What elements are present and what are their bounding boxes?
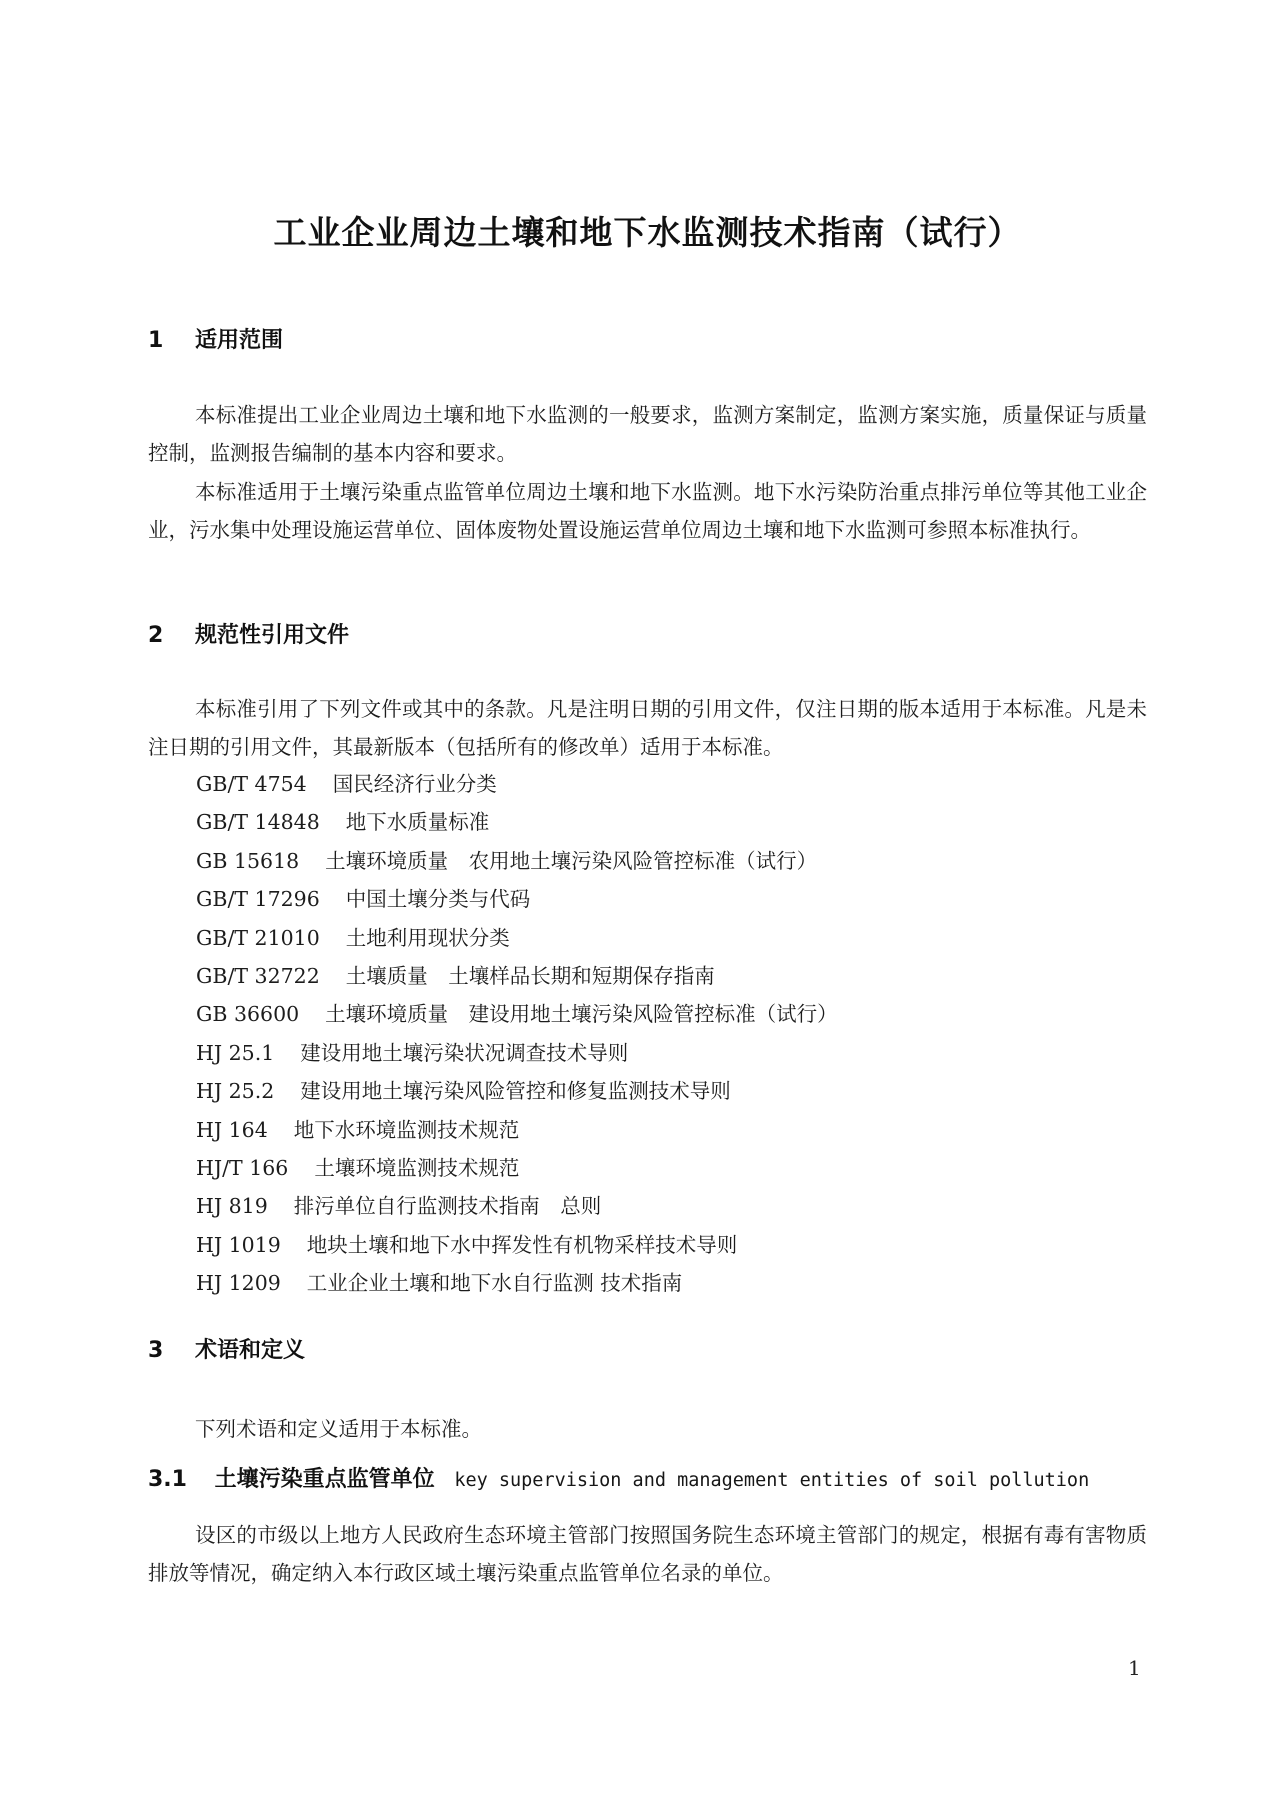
reference-item: GB 15618土壤环境质量 农用地土壤污染风险管控标准（试行） [196,842,1147,880]
reference-code: HJ 164 [196,1118,268,1142]
section-2-intro: 本标准引用了下列文件或其中的条款。凡是注明日期的引用文件，仅注日期的版本适用于本… [148,690,1147,767]
reference-code: GB/T 17296 [196,887,320,911]
reference-title: 土壤环境质量 农用地土壤污染风险管控标准（试行） [325,849,817,873]
reference-title: 土壤环境质量 建设用地土壤污染风险管控标准（试行） [325,1002,838,1026]
reference-code: GB/T 14848 [196,810,320,834]
reference-code: HJ 1209 [196,1271,281,1295]
reference-code: HJ 25.2 [196,1079,274,1103]
document-page: 工业企业周边土壤和地下水监测技术指南（试行） 1 适用范围 本标准提出工业企业周… [0,0,1268,1793]
section-1-number: 1 [148,328,163,353]
reference-item: HJ 819排污单位自行监测技术指南 总则 [196,1187,1147,1225]
term-number: 3.1 [148,1467,187,1492]
reference-code: GB 15618 [196,849,299,873]
reference-item: GB/T 14848地下水质量标准 [196,803,1147,841]
reference-item: HJ 164地下水环境监测技术规范 [196,1111,1147,1149]
reference-title: 中国土壤分类与代码 [346,887,531,911]
page-number: 1 [1128,1656,1141,1680]
reference-title: 建设用地土壤污染状况调查技术导则 [300,1041,628,1065]
reference-item: HJ 25.2建设用地土壤污染风险管控和修复监测技术导则 [196,1072,1147,1110]
reference-item: GB/T 21010土地利用现状分类 [196,919,1147,957]
section-1-paragraph-1: 本标准提出工业企业周边土壤和地下水监测的一般要求，监测方案制定，监测方案实施，质… [148,396,1147,473]
reference-item: HJ 1209工业企业土壤和地下水自行监测 技术指南 [196,1264,1147,1302]
reference-code: HJ 819 [196,1194,268,1218]
term-chinese: 土壤污染重点监管单位 [215,1467,435,1492]
section-1-heading: 1 适用范围 [148,326,283,356]
reference-title: 建设用地土壤污染风险管控和修复监测技术导则 [300,1079,731,1103]
document-title: 工业企业周边土壤和地下水监测技术指南（试行） [148,210,1147,256]
section-1-paragraph-2: 本标准适用于土壤污染重点监管单位周边土壤和地下水监测。地下水污染防治重点排污单位… [148,473,1147,550]
term-3-1-heading: 3.1 土壤污染重点监管单位 key supervision and manag… [148,1464,1089,1496]
section-3-number: 3 [148,1338,163,1363]
reference-item: HJ 25.1建设用地土壤污染状况调查技术导则 [196,1034,1147,1072]
reference-title: 土壤环境监测技术规范 [314,1156,519,1180]
normative-references-list: GB/T 4754国民经济行业分类 GB/T 14848地下水质量标准 GB 1… [196,765,1147,1303]
reference-item: HJ/T 166土壤环境监测技术规范 [196,1149,1147,1187]
reference-item: GB 36600土壤环境质量 建设用地土壤污染风险管控标准（试行） [196,995,1147,1033]
reference-title: 排污单位自行监测技术指南 总则 [294,1194,602,1218]
reference-code: GB/T 21010 [196,926,320,950]
reference-code: HJ 25.1 [196,1041,274,1065]
reference-item: GB/T 32722土壤质量 土壤样品长期和短期保存指南 [196,957,1147,995]
section-1-title: 适用范围 [195,328,283,353]
reference-title: 工业企业土壤和地下水自行监测 技术指南 [307,1271,683,1295]
reference-item: GB/T 17296中国土壤分类与代码 [196,880,1147,918]
reference-code: HJ/T 166 [196,1156,288,1180]
section-2-title: 规范性引用文件 [195,623,349,648]
reference-code: GB 36600 [196,1002,299,1026]
reference-code: GB/T 32722 [196,964,320,988]
reference-title: 土壤质量 土壤样品长期和短期保存指南 [346,964,715,988]
reference-code: GB/T 4754 [196,772,307,796]
reference-title: 土地利用现状分类 [346,926,510,950]
section-3-heading: 3 术语和定义 [148,1336,305,1366]
reference-title: 地块土壤和地下水中挥发性有机物采样技术导则 [307,1233,738,1257]
section-2-heading: 2 规范性引用文件 [148,621,349,651]
reference-item: HJ 1019地块土壤和地下水中挥发性有机物采样技术导则 [196,1226,1147,1264]
section-3-title: 术语和定义 [195,1338,305,1363]
reference-title: 地下水环境监测技术规范 [294,1118,520,1142]
section-2-number: 2 [148,623,163,648]
section-3-intro: 下列术语和定义适用于本标准。 [148,1410,1147,1448]
reference-item: GB/T 4754国民经济行业分类 [196,765,1147,803]
reference-title: 地下水质量标准 [346,810,490,834]
term-english: key supervision and management entities … [454,1470,1089,1491]
reference-code: HJ 1019 [196,1233,281,1257]
reference-title: 国民经济行业分类 [333,772,497,796]
term-3-1-definition: 设区的市级以上地方人民政府生态环境主管部门按照国务院生态环境主管部门的规定，根据… [148,1516,1147,1593]
